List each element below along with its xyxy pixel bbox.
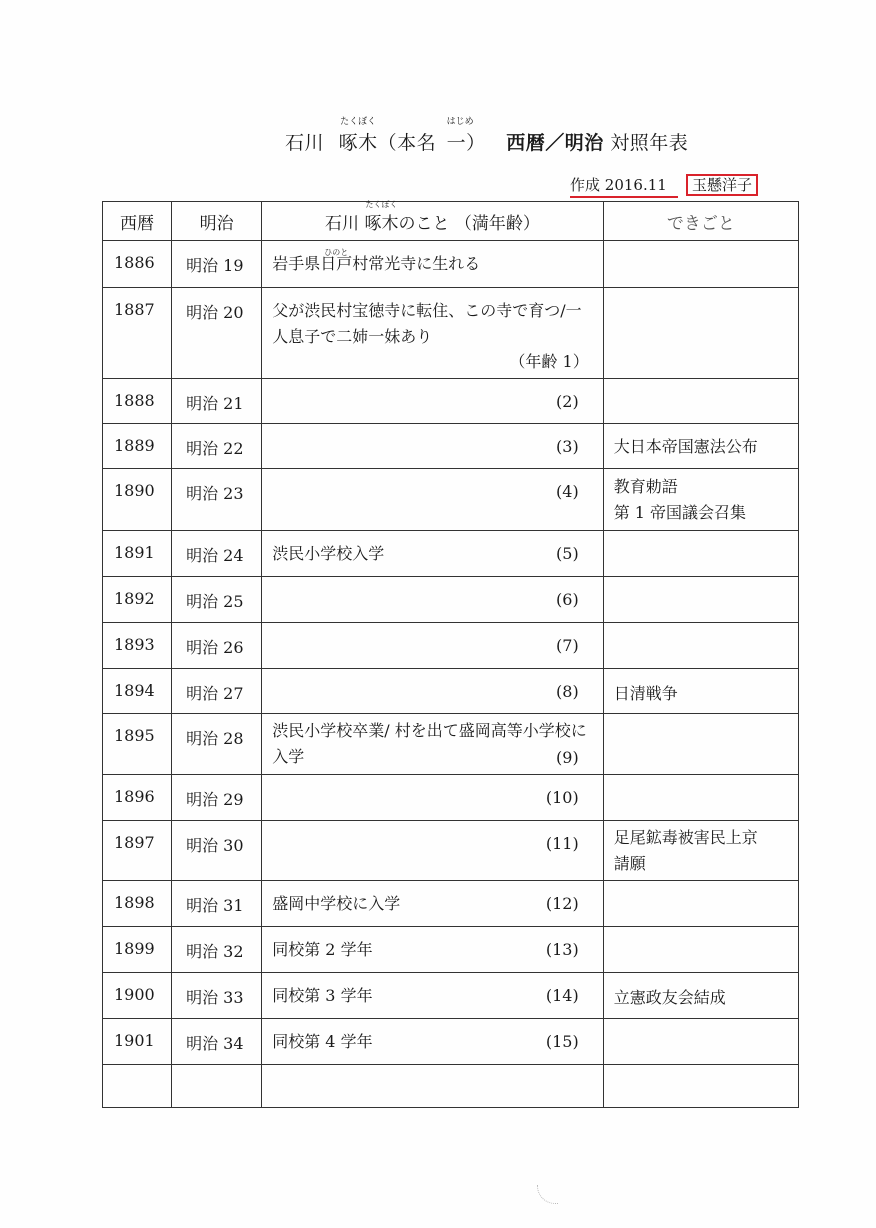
age: (9)	[556, 745, 579, 771]
table-row: 1899 明治 32 同校第 2 学年 (13)	[103, 927, 799, 973]
title-subject: 西暦／明治	[506, 132, 604, 154]
cell-event	[603, 623, 798, 669]
cell-life: 渋民小学校卒業/ 村を出て盛岡高等小学校に入学 (9)	[262, 714, 603, 775]
cell-year: 1892	[103, 577, 172, 623]
cell-meiji: 明治 29	[172, 775, 262, 821]
cell-year: 1901	[103, 1019, 172, 1065]
event-text: 大日本帝国憲法公布	[614, 434, 798, 460]
cell-year: 1898	[103, 881, 172, 927]
age: (5)	[556, 541, 579, 567]
cell-meiji: 明治 24	[172, 531, 262, 577]
age: (12)	[546, 891, 579, 917]
table-header-row: 西暦 明治 石川 たくぼく 啄木 のこと （満年齢） できごと	[103, 202, 799, 241]
header-meiji: 明治	[172, 202, 262, 241]
title-given-name: たくぼく 啄木	[339, 128, 378, 155]
cell-life: 父が渋民村宝徳寺に転住、この寺で育つ/一人息子で二姉一妹あり （年齢 1）	[262, 288, 603, 379]
title-suffix: 対照年表	[610, 132, 688, 154]
table-row: 1886 明治 19 岩手県ひのと日戸村常光寺に生れる	[103, 241, 799, 288]
cell-year: 1897	[103, 821, 172, 881]
birthplace-ruby-base: ひのと日戸	[320, 251, 352, 277]
table-row: 1901 明治 34 同校第 4 学年 (15)	[103, 1019, 799, 1065]
cell-life: 渋民小学校入学 (5)	[262, 531, 603, 577]
cell-event	[603, 1019, 798, 1065]
cell-year: 1889	[103, 424, 172, 469]
cell-event	[603, 577, 798, 623]
age: (6)	[556, 587, 579, 613]
header-year: 西暦	[103, 202, 172, 241]
cell-life: (4)	[262, 469, 603, 531]
event-text: 第 1 帝国議会召集	[614, 500, 798, 526]
table-row: 1893 明治 26 (7)	[103, 623, 799, 669]
cell-meiji: 明治 23	[172, 469, 262, 531]
cell-year: 1888	[103, 379, 172, 424]
cell-event	[603, 714, 798, 775]
cell-life: 同校第 3 学年 (14)	[262, 973, 603, 1019]
table-row: 1896 明治 29 (10)	[103, 775, 799, 821]
page-title: 石川 たくぼく 啄木 （本名 はじめ 一 ） 西暦／明治 対照年表	[285, 128, 688, 155]
life-text: 渋民小学校卒業/ 村を出て盛岡高等小学校に入学	[272, 718, 592, 770]
cell-event	[603, 927, 798, 973]
table-row: 1890 明治 23 (4) 教育勅語 第 1 帝国議会召集	[103, 469, 799, 531]
life-text: 同校第 4 学年	[272, 1029, 592, 1055]
event-text: 教育勅語	[614, 474, 798, 500]
created-label: 作成	[570, 176, 600, 194]
cell-event	[603, 775, 798, 821]
cell-event	[603, 379, 798, 424]
cell-event: 教育勅語 第 1 帝国議会召集	[603, 469, 798, 531]
age: （年齢 1）	[509, 349, 588, 375]
title-real-name-prefix: （本名	[378, 132, 437, 154]
cell-year: 1886	[103, 241, 172, 288]
header-events: できごと	[603, 202, 798, 241]
header-life-name-ruby: たくぼく	[364, 199, 398, 210]
table-row: 1895 明治 28 渋民小学校卒業/ 村を出て盛岡高等小学校に入学 (9)	[103, 714, 799, 775]
cell-year: 1893	[103, 623, 172, 669]
cell-meiji: 明治 22	[172, 424, 262, 469]
birthplace-ruby: ひのと	[320, 240, 352, 266]
title-given-name-ruby: たくぼく	[339, 114, 378, 127]
cell-life: (10)	[262, 775, 603, 821]
cell-event: 立憲政友会結成	[603, 973, 798, 1019]
cell-meiji: 明治 19	[172, 241, 262, 288]
cell-year: 1899	[103, 927, 172, 973]
scan-artifact-mark	[537, 1185, 558, 1204]
table-row: 1889 明治 22 (3) 大日本帝国憲法公布	[103, 424, 799, 469]
cell-event	[603, 881, 798, 927]
table-row: 1892 明治 25 (6)	[103, 577, 799, 623]
cell-life: (2)	[262, 379, 603, 424]
cell-life: 盛岡中学校に入学 (12)	[262, 881, 603, 927]
cell-meiji: 明治 27	[172, 669, 262, 714]
cell-meiji: 明治 21	[172, 379, 262, 424]
table-row: 1888 明治 21 (2)	[103, 379, 799, 424]
author-name-boxed: 玉懸洋子	[686, 174, 758, 196]
cell-meiji: 明治 20	[172, 288, 262, 379]
age: (2)	[556, 389, 579, 415]
cell-event	[603, 1065, 798, 1108]
cell-meiji: 明治 25	[172, 577, 262, 623]
table-row: 1891 明治 24 渋民小学校入学 (5)	[103, 531, 799, 577]
header-life: 石川 たくぼく 啄木 のこと （満年齢）	[262, 202, 603, 241]
life-text: 岩手県ひのと日戸村常光寺に生れる	[272, 251, 592, 277]
table-row: 1900 明治 33 同校第 3 学年 (14) 立憲政友会結成	[103, 973, 799, 1019]
creation-info: 作成 2016.11 玉懸洋子	[570, 174, 758, 198]
cell-event: 足尾鉱毒被害民上京 請願	[603, 821, 798, 881]
cell-life: 同校第 2 学年 (13)	[262, 927, 603, 973]
cell-life: 岩手県ひのと日戸村常光寺に生れる	[262, 241, 603, 288]
age: (14)	[546, 983, 579, 1009]
cell-year: 1894	[103, 669, 172, 714]
cell-life: (7)	[262, 623, 603, 669]
event-text: 足尾鉱毒被害民上京	[614, 825, 798, 851]
cell-year	[103, 1065, 172, 1108]
life-text: 同校第 2 学年	[272, 937, 592, 963]
title-real-name-suffix: ）	[466, 132, 486, 154]
cell-year: 1900	[103, 973, 172, 1019]
cell-meiji: 明治 32	[172, 927, 262, 973]
created-date: 2016.11	[605, 176, 667, 194]
table-row-empty	[103, 1065, 799, 1108]
life-text: 盛岡中学校に入学	[272, 891, 592, 917]
age: (15)	[546, 1029, 579, 1055]
age: (8)	[556, 679, 579, 705]
cell-year: 1890	[103, 469, 172, 531]
age: (7)	[556, 633, 579, 659]
header-life-name: たくぼく 啄木	[364, 209, 398, 234]
life-text: 同校第 3 学年	[272, 983, 592, 1009]
cell-life: (6)	[262, 577, 603, 623]
table-row: 1898 明治 31 盛岡中学校に入学 (12)	[103, 881, 799, 927]
cell-life: (3)	[262, 424, 603, 469]
cell-year: 1887	[103, 288, 172, 379]
age: (13)	[546, 937, 579, 963]
title-surname: 石川	[285, 132, 324, 154]
chronology-table: 西暦 明治 石川 たくぼく 啄木 のこと （満年齢） できごと 1886 明治 …	[102, 201, 799, 1108]
cell-life: (8)	[262, 669, 603, 714]
cell-life	[262, 1065, 603, 1108]
cell-meiji: 明治 26	[172, 623, 262, 669]
table-row: 1897 明治 30 (11) 足尾鉱毒被害民上京 請願	[103, 821, 799, 881]
title-real-name-ruby: はじめ	[447, 114, 467, 127]
event-text: 立憲政友会結成	[614, 985, 798, 1011]
life-text: 父が渋民村宝徳寺に転住、この寺で育つ/一人息子で二姉一妹あり	[272, 298, 592, 350]
cell-event	[603, 531, 798, 577]
cell-year: 1895	[103, 714, 172, 775]
event-text: 請願	[614, 851, 798, 877]
cell-life: 同校第 4 学年 (15)	[262, 1019, 603, 1065]
cell-meiji	[172, 1065, 262, 1108]
table-row: 1894 明治 27 (8) 日清戦争	[103, 669, 799, 714]
event-text: 日清戦争	[614, 681, 798, 707]
cell-life: (11)	[262, 821, 603, 881]
cell-meiji: 明治 33	[172, 973, 262, 1019]
cell-year: 1891	[103, 531, 172, 577]
cell-meiji: 明治 31	[172, 881, 262, 927]
cell-meiji: 明治 28	[172, 714, 262, 775]
title-real-name: はじめ 一	[447, 128, 467, 155]
cell-year: 1896	[103, 775, 172, 821]
age: (10)	[546, 785, 579, 811]
age: (3)	[556, 434, 579, 460]
scanned-page: 石川 たくぼく 啄木 （本名 はじめ 一 ） 西暦／明治 対照年表 作成 201…	[0, 0, 876, 1228]
age: (11)	[546, 831, 579, 857]
cell-meiji: 明治 30	[172, 821, 262, 881]
life-text: 渋民小学校入学	[272, 541, 592, 567]
cell-event	[603, 288, 798, 379]
cell-event: 日清戦争	[603, 669, 798, 714]
table-row: 1887 明治 20 父が渋民村宝徳寺に転住、この寺で育つ/一人息子で二姉一妹あ…	[103, 288, 799, 379]
creation-date-underlined: 作成 2016.11	[570, 174, 678, 198]
cell-event	[603, 241, 798, 288]
cell-event: 大日本帝国憲法公布	[603, 424, 798, 469]
age: (4)	[556, 479, 579, 505]
cell-meiji: 明治 34	[172, 1019, 262, 1065]
